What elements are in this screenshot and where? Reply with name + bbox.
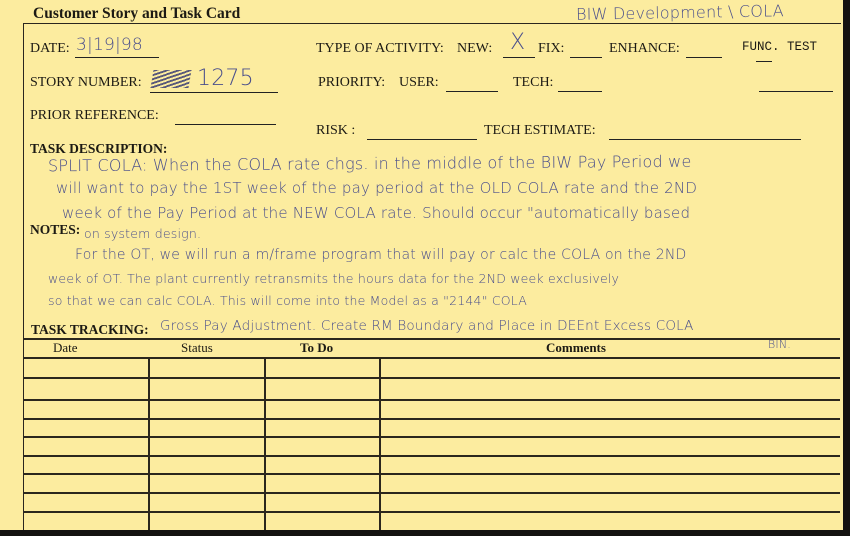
new-label: NEW: — [457, 41, 492, 57]
notes-line-1[interactable]: on system design. — [84, 226, 201, 241]
fix-label: FIX: — [538, 41, 564, 57]
task-description-line-1[interactable]: SPLIT COLA: When the COLA rate chgs. in … — [48, 152, 692, 175]
column-header-todo: To Do — [300, 340, 333, 356]
tech-priority-label: TECH: — [513, 75, 553, 91]
column-header-status: Status — [181, 340, 213, 356]
tech-estimate-label: TECH ESTIMATE: — [484, 123, 596, 139]
new-line — [503, 57, 535, 58]
story-number-label: STORY NUMBER: — [30, 75, 142, 91]
enhance-label: ENHANCE: — [609, 41, 680, 57]
card-title: Customer Story and Task Card — [33, 5, 240, 23]
tech-estimate-field[interactable] — [609, 139, 801, 140]
scratched-out-number — [150, 70, 191, 88]
column-header-comments: Comments — [546, 340, 606, 356]
story-number-line — [150, 92, 278, 93]
risk-field[interactable] — [367, 139, 477, 140]
task-tracking-note[interactable]: Gross Pay Adjustment. Create RM Boundary… — [160, 318, 694, 334]
tech-priority-field[interactable] — [558, 91, 602, 92]
project-handwritten: BIW Development \ COLA — [576, 1, 784, 24]
enhance-field[interactable] — [686, 57, 722, 58]
priority-label: PRIORITY: — [318, 75, 385, 91]
prior-reference-field[interactable] — [175, 124, 276, 125]
date-field[interactable]: 3|19|98 — [76, 35, 143, 55]
new-checkbox[interactable]: X — [510, 30, 525, 55]
notes-line-2[interactable]: For the OT, we will run a m/frame progra… — [75, 247, 687, 263]
date-line — [75, 57, 159, 58]
task-tracking-table-body[interactable] — [24, 359, 840, 530]
user-priority-label: USER: — [399, 75, 439, 91]
story-number-field[interactable]: 1275 — [197, 66, 254, 91]
table-header-top-rule — [24, 338, 840, 340]
date-label: DATE: — [30, 41, 70, 57]
func-test-mark — [756, 61, 772, 62]
risk-label: RISK : — [316, 123, 355, 139]
notes-label: NOTES: — [30, 222, 80, 238]
card-frame-top — [23, 23, 841, 24]
type-of-activity-label: TYPE OF ACTIVITY: — [316, 41, 444, 57]
notes-line-4[interactable]: so that we can calc COLA. This will come… — [48, 293, 527, 308]
user-priority-field[interactable] — [446, 91, 498, 92]
column-header-date: Date — [53, 340, 78, 356]
func-test-label: FUNC. TEST — [742, 40, 817, 54]
notes-line-3[interactable]: week of OT. The plant currently retransm… — [48, 271, 619, 286]
fix-field[interactable] — [570, 57, 602, 58]
scan-edge-bottom — [0, 530, 850, 536]
scan-edge-right — [843, 0, 850, 536]
story-task-card: Customer Story and Task Card BIW Develop… — [0, 0, 843, 530]
task-tracking-label: TASK TRACKING: — [31, 322, 149, 338]
task-description-line-2[interactable]: will want to pay the 1ST week of the pay… — [56, 179, 697, 197]
task-description-line-3[interactable]: week of the Pay Period at the NEW COLA r… — [62, 204, 690, 222]
func-test-field[interactable] — [759, 91, 833, 92]
prior-reference-label: PRIOR REFERENCE: — [30, 108, 159, 124]
